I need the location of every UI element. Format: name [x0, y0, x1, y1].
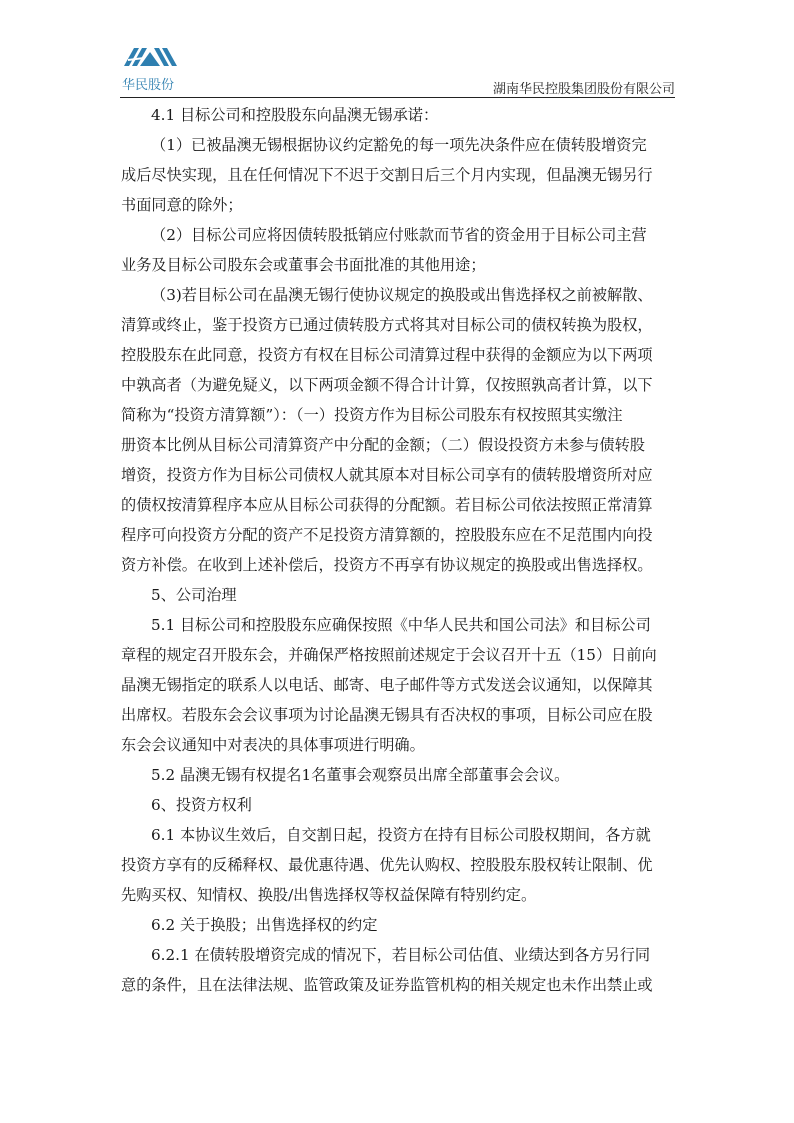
paragraph: 4.1 目标公司和控股股东向晶澳无锡承诺： — [121, 100, 674, 130]
paragraph: 5、公司治理 — [121, 580, 674, 610]
company-logo: 华民股份 — [122, 44, 186, 92]
text-line: （3)若目标公司在晶澳无锡行使协议规定的换股或出售选择权之前被解散、 — [121, 280, 674, 310]
text-line: 控股股东在此同意，投资方有权在目标公司清算过程中获得的金额应为以下两项 — [121, 340, 674, 370]
text-line: 简称为“投资方清算额”）：（一）投资方作为目标公司股东有权按照其实缴注 — [121, 400, 674, 430]
text-line: 成后尽快实现，且在任何情况下不迟于交割日后三个月内实现，但晶澳无锡另行 — [121, 160, 674, 190]
text-line: 书面同意的除外； — [121, 190, 674, 220]
paragraph: 5.2 晶澳无锡有权提名1名董事会观察员出席全部董事会会议。 — [121, 760, 674, 790]
company-name: 湖南华民控股集团股份有限公司 — [493, 78, 675, 97]
logo-text: 华民股份 — [122, 74, 174, 93]
text-line: 6.2 关于换股；出售选择权的约定 — [121, 910, 674, 940]
text-line: 5.2 晶澳无锡有权提名1名董事会观察员出席全部董事会会议。 — [121, 760, 674, 790]
text-line: 程序可向投资方分配的资产不足投资方清算额的，控股股东应在不足范围内向投 — [121, 520, 674, 550]
paragraph: 6.1 本协议生效后，自交割日起，投资方在持有目标公司股权期间，各方就投资方享有… — [121, 820, 674, 910]
text-line: 的债权按清算程序本应从目标公司获得的分配额。若目标公司依法按照正常清算 — [121, 490, 674, 520]
text-line: 投资方享有的反稀释权、最优惠待遇、优先认购权、控股股东股权转让限制、优 — [121, 850, 674, 880]
header-divider — [120, 97, 675, 98]
paragraph: （2）目标公司应将因债转股抵销应付账款而节省的资金用于目标公司主营业务及目标公司… — [121, 220, 674, 280]
text-line: 清算或终止，鉴于投资方已通过债转股方式将其对目标公司的债权转换为股权， — [121, 310, 674, 340]
document-body: 4.1 目标公司和控股股东向晶澳无锡承诺：（1）已被晶澳无锡根据协议约定豁免的每… — [121, 100, 674, 1000]
paragraph: 6.2.1 在债转股增资完成的情况下，若目标公司估值、业绩达到各方另行同意的条件… — [121, 940, 674, 1000]
text-line: 意的条件，且在法律法规、监管政策及证券监管机构的相关规定也未作出禁止或 — [121, 970, 674, 1000]
text-line: 增资，投资方作为目标公司债权人就其原本对目标公司享有的债转股增资所对应 — [121, 460, 674, 490]
text-line: 资方补偿。在收到上述补偿后，投资方不再享有协议规定的换股或出售选择权。 — [121, 550, 674, 580]
text-line: （1）已被晶澳无锡根据协议约定豁免的每一项先决条件应在债转股增资完 — [121, 130, 674, 160]
paragraph: （3)若目标公司在晶澳无锡行使协议规定的换股或出售选择权之前被解散、清算或终止，… — [121, 280, 674, 580]
text-line: 先购买权、知情权、换股/出售选择权等权益保障有特别约定。 — [121, 880, 674, 910]
text-line: 出席权。若股东会会议事项为讨论晶澳无锡具有否决权的事项，目标公司应在股 — [121, 700, 674, 730]
text-line: 晶澳无锡指定的联系人以电话、邮寄、电子邮件等方式发送会议通知，以保障其 — [121, 670, 674, 700]
paragraph: 6.2 关于换股；出售选择权的约定 — [121, 910, 674, 940]
text-line: 册资本比例从目标公司清算资产中分配的金额；（二）假设投资方未参与债转股 — [121, 430, 674, 460]
paragraph: 6、投资方权利 — [121, 790, 674, 820]
text-line: 章程的规定召开股东会，并确保严格按照前述规定于会议召开十五（15）日前向 — [121, 640, 674, 670]
text-line: 6.1 本协议生效后，自交割日起，投资方在持有目标公司股权期间，各方就 — [121, 820, 674, 850]
text-line: 4.1 目标公司和控股股东向晶澳无锡承诺： — [121, 100, 674, 130]
page-header: 华民股份 湖南华民控股集团股份有限公司 — [120, 44, 675, 96]
text-line: 业务及目标公司股东会或董事会书面批准的其他用途； — [121, 250, 674, 280]
text-line: 5.1 目标公司和控股股东应确保按照《中华人民共和国公司法》和目标公司 — [121, 610, 674, 640]
text-line: 6.2.1 在债转股增资完成的情况下，若目标公司估值、业绩达到各方另行同 — [121, 940, 674, 970]
paragraph: 5.1 目标公司和控股股东应确保按照《中华人民共和国公司法》和目标公司章程的规定… — [121, 610, 674, 760]
text-line: 6、投资方权利 — [121, 790, 674, 820]
text-line: 中孰高者（为避免疑义，以下两项金额不得合计计算，仅按照孰高者计算，以下 — [121, 370, 674, 400]
text-line: （2）目标公司应将因债转股抵销应付账款而节省的资金用于目标公司主营 — [121, 220, 674, 250]
paragraph: （1）已被晶澳无锡根据协议约定豁免的每一项先决条件应在债转股增资完成后尽快实现，… — [121, 130, 674, 220]
logo-mark-icon — [122, 44, 184, 74]
text-line: 东会会议通知中对表决的具体事项进行明确。 — [121, 730, 674, 760]
text-line: 5、公司治理 — [121, 580, 674, 610]
